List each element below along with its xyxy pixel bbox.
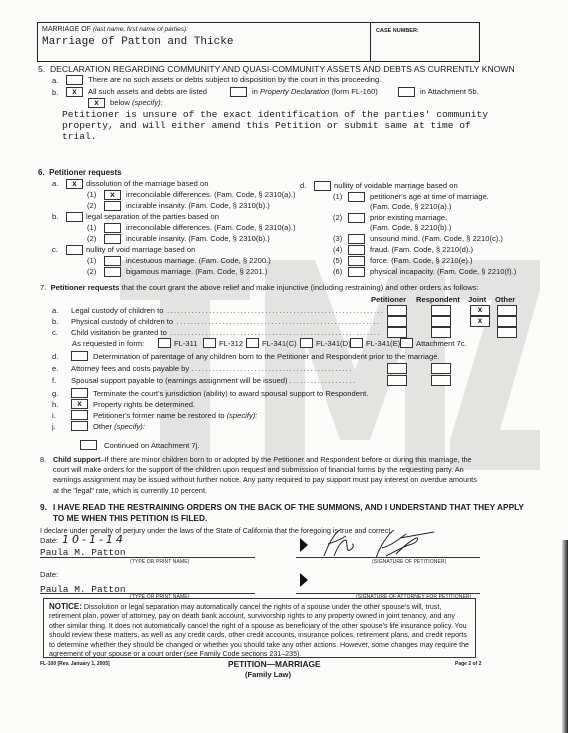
column-joint: Joint [468, 295, 486, 304]
column-respondent: Respondent [416, 295, 460, 304]
column-petitioner: Petitioner [371, 295, 406, 304]
sign-here-arrow-icon [300, 573, 308, 587]
section7e-letter: e. [52, 364, 58, 373]
other-checkbox[interactable] [71, 421, 88, 431]
form-option-label: FL-341(C) [262, 339, 297, 348]
custody-petitioner-checkbox[interactable] [387, 327, 407, 338]
custody-petitioner-checkbox[interactable] [387, 305, 407, 316]
section9-restraining-orders: 9. I HAVE READ THE RESTRAINING ORDERS ON… [40, 502, 524, 524]
bigamous-checkbox[interactable] [104, 267, 121, 277]
section5a-letter: a. [52, 76, 58, 85]
form-option-label: FL-312 [219, 339, 243, 348]
form-id: FL-100 [Rev. January 1, 2005] [40, 661, 110, 667]
terminate-jurisdiction-checkbox[interactable] [71, 388, 88, 398]
form-subtitle: (Family Law) [245, 670, 291, 679]
custody-other-checkbox[interactable] [497, 305, 517, 316]
custody-row-label: Physical custody of children to ........… [71, 317, 380, 326]
custody-respondent-checkbox[interactable] [431, 316, 451, 327]
section6d-letter: d. [300, 181, 306, 190]
custody-petitioner-checkbox[interactable] [387, 316, 407, 327]
petitioner-age-label: petitioner's age at time of marriage. [370, 192, 489, 201]
form-option-label: FL-341(D) [316, 339, 351, 348]
item-number: (2) [87, 234, 96, 243]
dissolution-irreconcilable-checkbox[interactable]: x [104, 190, 121, 200]
custody-respondent-checkbox[interactable] [431, 305, 451, 316]
dissolution-label: dissolution of the marriage based on [86, 179, 208, 188]
section7i-letter: i. [52, 411, 56, 420]
item-number: (1) [87, 223, 96, 232]
custody-respondent-checkbox[interactable] [431, 327, 451, 338]
item-number: (2) [333, 213, 342, 222]
nullity-voidable-label: nullity of voidable marriage based on [334, 181, 458, 190]
case-number-label: CASE NUMBER: [376, 28, 419, 34]
court-form-page: MARRIAGE OF (last name, first name of pa… [0, 0, 568, 733]
form-option-checkbox[interactable] [246, 338, 259, 348]
prior-marriage-label: prior existing marriage. [370, 213, 447, 222]
section5a-checkbox[interactable] [66, 75, 83, 85]
below-specify-label: below (specify): [110, 98, 163, 107]
property-declaration-label: in Property Declaration (form FL-160) [252, 87, 378, 96]
other-label: Other (specify): [93, 422, 145, 431]
dissolution-insanity-checkbox[interactable] [104, 201, 121, 211]
section7-heading: 7. Petitioner requests that the court gr… [40, 283, 479, 292]
dissolution-irreconcilable-label: irreconcilable differences. (Fam. Code, … [126, 190, 296, 199]
sign-here-arrow-icon [300, 538, 308, 552]
legal-separation-label: legal separation of the parties based on [86, 212, 219, 221]
below-specify-checkbox[interactable]: x [88, 98, 105, 108]
item-number: (4) [333, 245, 342, 254]
item-number: (2) [87, 201, 96, 210]
date-field[interactable]: 10-1-14 [62, 533, 126, 546]
legal-separation-checkbox[interactable] [66, 212, 83, 222]
section5b-checkbox[interactable]: x [66, 87, 83, 97]
incestuous-label: incestuous marriage. (Fam. Code, § 2200.… [126, 256, 271, 265]
form-option-checkbox[interactable] [300, 338, 313, 348]
continued-attachment-label: Continued on Attachment 7j. [104, 441, 199, 450]
custody-row-letter: a. [52, 306, 58, 315]
attachment-5b-checkbox[interactable] [398, 87, 415, 97]
petitioner-age-cite: (Fam. Code, § 2210(a).) [370, 202, 451, 211]
spousal-support-label: Spousal support payable to (earnings ass… [71, 376, 356, 385]
form-option-checkbox[interactable] [400, 338, 413, 348]
former-name-label: Petitioner's former name be restored to … [93, 411, 257, 420]
section7h-letter: h. [52, 400, 58, 409]
form-option-label: FL-341(E) [366, 339, 400, 348]
separation-irreconcilable-label: irreconcilable differences. (Fam. Code, … [126, 223, 296, 232]
forms-label: As requested in form: [72, 339, 144, 348]
custody-joint-checkbox[interactable]: x [470, 316, 490, 327]
marriage-of-value[interactable]: Marriage of Patton and Thicke [42, 36, 233, 48]
continued-attachment-checkbox[interactable] [80, 440, 97, 450]
section7j-letter: j. [52, 422, 56, 431]
property-rights-label: Property rights be determined. [93, 400, 195, 409]
parentage-checkbox[interactable] [71, 351, 88, 361]
section6c-letter: c. [52, 245, 58, 254]
section6b-letter: b. [52, 212, 58, 221]
prior-marriage-cite: (Fam. Code, § 2210(b).) [370, 223, 451, 232]
custody-row-letter: b. [52, 317, 58, 326]
custody-other-checkbox[interactable] [497, 316, 517, 327]
nullity-void-checkbox[interactable] [66, 245, 83, 255]
terminate-jurisdiction-label: Terminate the court's jurisdiction (abil… [93, 389, 368, 398]
custody-row-label: Legal custody of children to ...........… [71, 306, 385, 315]
force-checkbox[interactable] [348, 256, 365, 266]
separation-insanity-checkbox[interactable] [104, 234, 121, 244]
fraud-label: fraud. (Fam. Code, § 2210(d).) [370, 245, 473, 254]
page-number: Page 2 of 2 [455, 661, 481, 667]
incestuous-checkbox[interactable] [104, 256, 121, 266]
separation-irreconcilable-checkbox[interactable] [104, 223, 121, 233]
section6-heading: 6. Petitioner requests [38, 168, 122, 177]
section7f-letter: f. [52, 376, 56, 385]
item-number: (5) [333, 256, 342, 265]
petitioner-age-checkbox[interactable] [348, 192, 365, 202]
item-number: (1) [333, 192, 342, 201]
property-declaration-checkbox[interactable] [230, 87, 247, 97]
dissolution-insanity-label: incurable insanity. (Fam. Code, § 2310(b… [126, 201, 270, 210]
section5b-letter: b. [52, 88, 58, 97]
section7d-letter: d. [52, 352, 58, 361]
property-rights-checkbox[interactable]: x [71, 399, 88, 409]
dissolution-checkbox[interactable]: x [66, 179, 83, 189]
custody-other-checkbox[interactable] [497, 327, 517, 338]
former-name-checkbox[interactable] [71, 410, 88, 420]
attorney-fees-petitioner-checkbox[interactable] [387, 363, 407, 374]
spousal-support-respondent-checkbox[interactable] [431, 375, 451, 386]
specify-text[interactable]: Petitioner is unsure of the exact identi… [62, 109, 488, 142]
section6a-letter: a. [52, 179, 58, 188]
separation-insanity-label: incurable insanity. (Fam. Code, § 2310(b… [126, 234, 270, 243]
item-number: (6) [333, 267, 342, 276]
unsound-mind-checkbox[interactable] [348, 234, 365, 244]
form-option-checkbox[interactable] [158, 338, 171, 348]
form-option-checkbox[interactable] [350, 338, 363, 348]
case-number-divider [370, 23, 371, 62]
section8-child-support: 8. Child support–If there are minor chil… [40, 455, 480, 496]
date2-label: Date: [40, 570, 58, 579]
column-other: Other [495, 295, 515, 304]
date-label: Date: [40, 536, 58, 545]
section5a-label: There are no such assets or debts subjec… [88, 75, 381, 84]
caption-box: MARRIAGE OF (last name, first name of pa… [37, 22, 480, 62]
scan-edge [562, 540, 568, 733]
form-option-label: FL-311 [174, 339, 198, 348]
spousal-support-petitioner-checkbox[interactable] [387, 375, 407, 386]
attorney-fees-respondent-checkbox[interactable] [431, 363, 451, 374]
item-number: (1) [87, 190, 96, 199]
prior-marriage-checkbox[interactable] [348, 213, 365, 223]
custody-joint-checkbox[interactable]: x [470, 305, 490, 316]
section5-heading: 5. DECLARATION REGARDING COMMUNITY AND Q… [38, 64, 515, 74]
form-option-label: Attachment 7c. [416, 339, 467, 348]
custody-row-letter: c. [52, 328, 58, 337]
nullity-void-label: nullity of void marriage based on [86, 245, 195, 254]
attachment-5b-label: in Attachment 5b. [420, 87, 479, 96]
parentage-label: Determination of parentage of any childr… [93, 352, 440, 361]
force-label: force. (Fam. Code, § 2210(e).) [370, 256, 473, 265]
physical-incapacity-checkbox[interactable] [348, 267, 365, 277]
section5b-label: All such assets and debts are listed [88, 87, 207, 96]
notice-box: NOTICE: Dissolution or legal separation … [43, 598, 476, 658]
physical-incapacity-label: physical incapacity. (Fam. Code, § 2210(… [370, 267, 516, 276]
section7g-letter: g. [52, 389, 58, 398]
form-title: PETITION—MARRIAGE [228, 659, 321, 669]
marriage-of-label: MARRIAGE OF (last name, first name of pa… [42, 26, 188, 33]
unsound-mind-label: unsound mind. (Fam. Code, § 2210(c).) [370, 234, 503, 243]
fraud-checkbox[interactable] [348, 245, 365, 255]
item-number: (1) [87, 256, 96, 265]
form-option-checkbox[interactable] [203, 338, 216, 348]
bigamous-label: bigamous marriage. (Fam. Code, § 2201.) [126, 267, 267, 276]
nullity-voidable-checkbox[interactable] [314, 181, 331, 191]
signature-petitioner-label: (SIGNATURE OF PETITIONER) [372, 559, 446, 565]
item-number: (2) [87, 267, 96, 276]
item-number: (3) [333, 234, 342, 243]
custody-row-label: Child visitation be granted to .........… [71, 328, 381, 337]
attorney-fees-label: Attorney fees and costs payable by .....… [71, 364, 353, 373]
type-print-name-label: (TYPE OR PRINT NAME) [130, 559, 189, 565]
